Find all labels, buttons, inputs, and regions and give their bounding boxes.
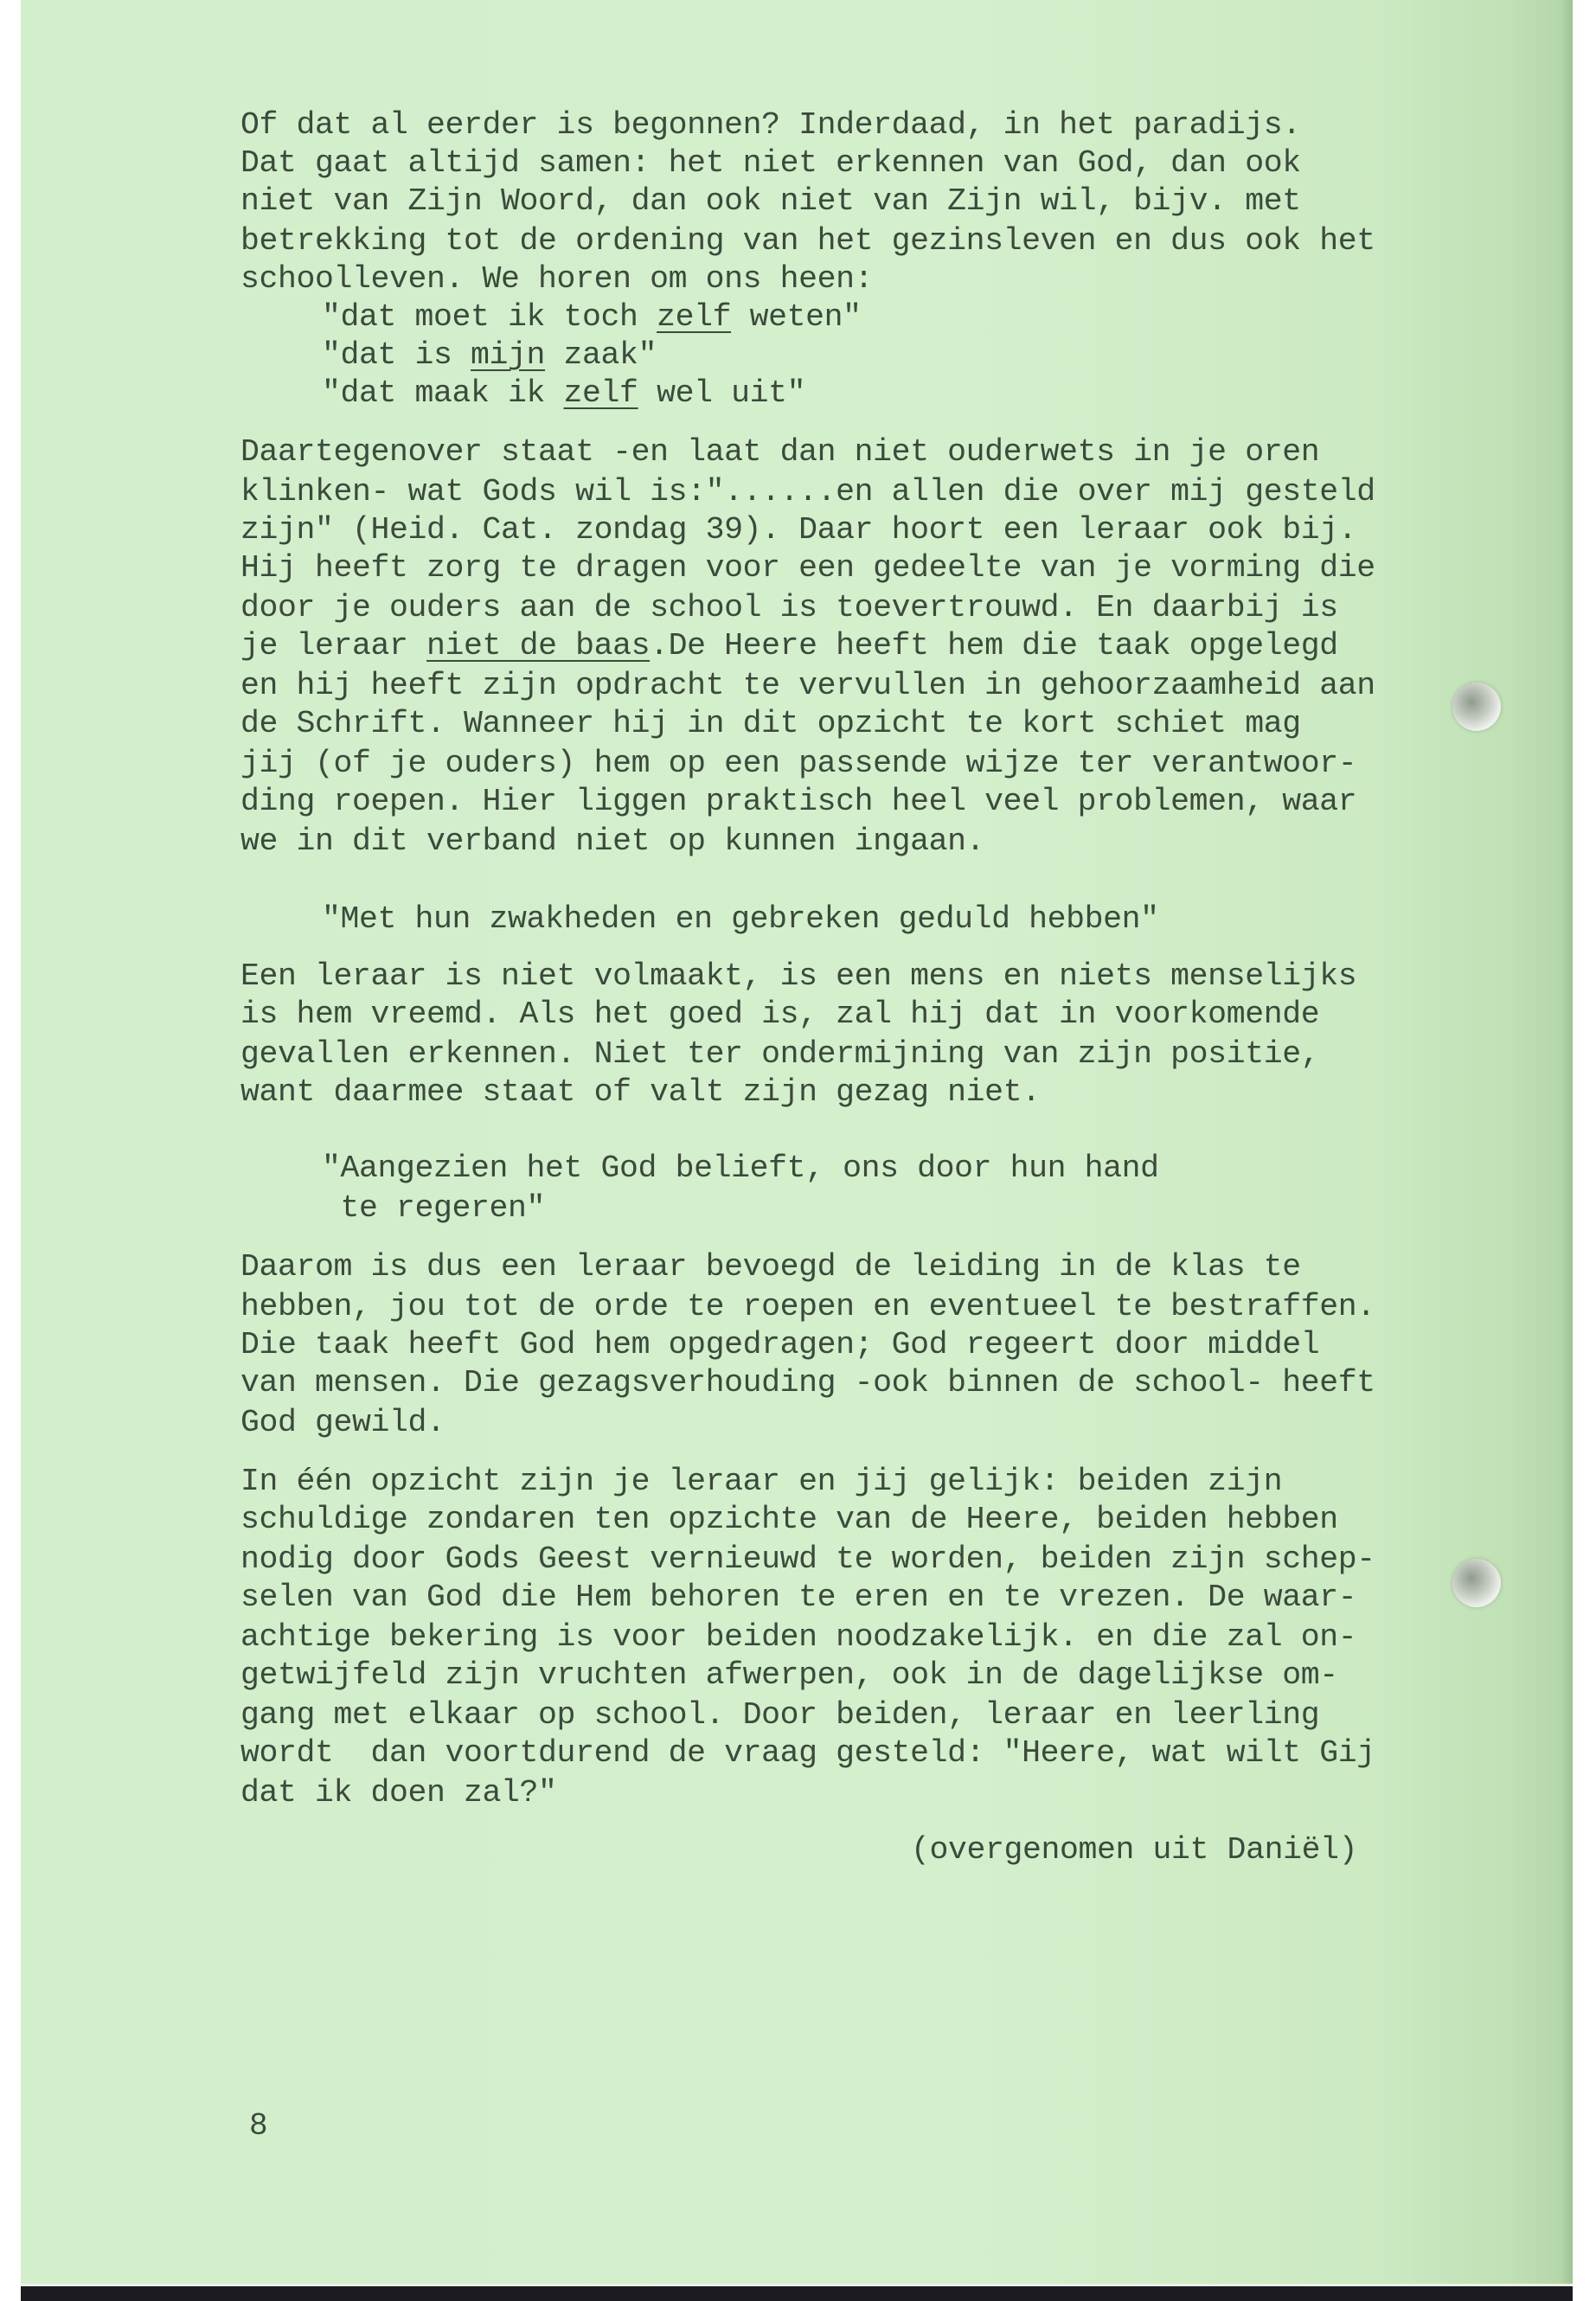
attribution: (overgenomen uit Daniël) xyxy=(911,1831,1357,1869)
text-line: selen van God die Hem behoren te eren en… xyxy=(240,1579,1356,1617)
underlined-emphasis: zelf xyxy=(564,375,638,411)
text-line: schoolleven. We horen om ons heen: xyxy=(240,260,873,298)
page-number: 8 xyxy=(249,2108,268,2144)
quoted-saying: "dat is mijn zaak" xyxy=(322,336,657,375)
text-line: door je ouders aan de school is toevertr… xyxy=(240,589,1338,627)
underlined-emphasis: zelf xyxy=(657,299,731,335)
quoted-saying: "dat moet ik toch zelf weten" xyxy=(322,298,862,336)
underlined-emphasis: niet de baas xyxy=(426,628,650,663)
text-line: wordt dan voortdurend de vraag gesteld: … xyxy=(240,1734,1375,1772)
binder-hole-icon xyxy=(1452,1559,1501,1607)
text-line: schuldige zondaren ten opzichte van de H… xyxy=(240,1501,1338,1539)
text-line: klinken- wat Gods wil is:"......en allen… xyxy=(240,473,1375,511)
underlined-emphasis: mijn xyxy=(471,337,545,373)
text-line: zijn" (Heid. Cat. zondag 39). Daar hoort… xyxy=(240,511,1356,549)
section-quote-heading: "Aangezien het God belieft, ons door hun… xyxy=(322,1150,1159,1188)
text-line: In één opzicht zijn je leraar en jij gel… xyxy=(240,1463,1282,1501)
text-line: en hij heeft zijn opdracht te vervullen … xyxy=(240,667,1375,705)
text-line: Die taak heeft God hem opgedragen; God r… xyxy=(240,1326,1319,1364)
text-line: want daarmee staat of valt zijn gezag ni… xyxy=(240,1074,1041,1112)
text-line: hebben, jou tot de orde te roepen en eve… xyxy=(240,1288,1375,1326)
section-quote-heading: te regeren" xyxy=(322,1189,545,1227)
text-line: Daartegenover staat -en laat dan niet ou… xyxy=(240,433,1319,471)
text-line: jij (of je ouders) hem op een passende w… xyxy=(240,745,1356,783)
text-line: van mensen. Die gezagsverhouding -ook bi… xyxy=(240,1364,1375,1402)
text-line: Daarom is dus een leraar bevoegd de leid… xyxy=(240,1248,1301,1286)
paper-page xyxy=(21,0,1573,2284)
text-line: ding roepen. Hier liggen praktisch heel … xyxy=(240,783,1356,821)
text-line: Hij heeft zorg te dragen voor een gedeel… xyxy=(240,549,1375,587)
text-line: achtige bekering is voor beiden noodzake… xyxy=(240,1618,1356,1657)
binder-hole-icon xyxy=(1452,683,1501,731)
text-line: je leraar niet de baas.De Heere heeft he… xyxy=(240,627,1338,665)
text-line: Of dat al eerder is begonnen? Inderdaad,… xyxy=(240,106,1301,144)
text-line: nodig door Gods Geest vernieuwd te worde… xyxy=(240,1541,1375,1579)
text-line: is hem vreemd. Als het goed is, zal hij … xyxy=(240,996,1319,1034)
text-line: Een leraar is niet volmaakt, is een mens… xyxy=(240,958,1356,996)
text-line: gevallen erkennen. Niet ter ondermijning… xyxy=(240,1035,1319,1074)
text-line: gang met elkaar op school. Door beiden, … xyxy=(240,1696,1319,1734)
section-quote-heading: "Met hun zwakheden en gebreken geduld he… xyxy=(322,901,1159,939)
text-line: God gewild. xyxy=(240,1404,445,1442)
text-line: getwijfeld zijn vruchten afwerpen, ook i… xyxy=(240,1657,1338,1695)
text-line: niet van Zijn Woord, dan ook niet van Zi… xyxy=(240,183,1301,221)
text-line: we in dit verband niet op kunnen ingaan. xyxy=(240,823,984,861)
text-line: de Schrift. Wanneer hij in dit opzicht t… xyxy=(240,705,1301,743)
quoted-saying: "dat maak ik zelf wel uit" xyxy=(322,375,805,413)
text-line: betrekking tot de ordening van het gezin… xyxy=(240,222,1375,260)
text-line: dat ik doen zal?" xyxy=(240,1774,557,1812)
text-line: Dat gaat altijd samen: het niet erkennen… xyxy=(240,144,1301,183)
scan-bottom-edge xyxy=(21,2284,1573,2301)
